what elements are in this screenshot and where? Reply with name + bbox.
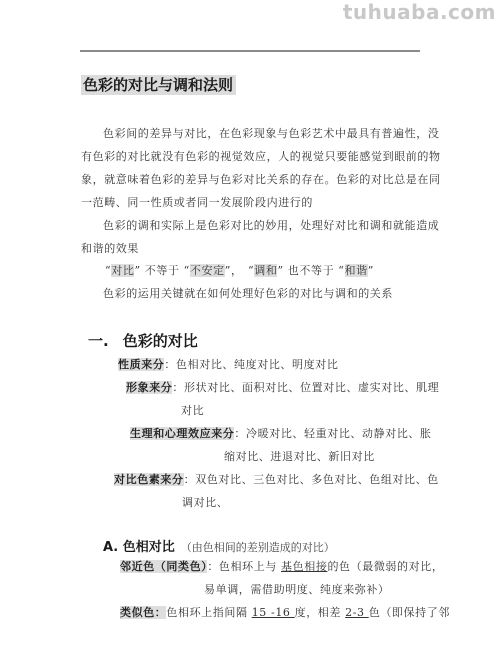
category-label: 对比色素来分	[114, 473, 184, 486]
category-label: 形象来分	[126, 381, 172, 394]
intro-line: 一范畴、同一性质或者同一发展阶段内进行的	[81, 196, 313, 210]
page-title: 色彩的对比与调和法则	[81, 75, 236, 95]
highlight-tiaohe: 调和	[254, 264, 277, 277]
quote-line: “对比” 不等于 “不安定”，	[105, 264, 243, 278]
intro-line: 色彩的运用关键就在如何处理好色彩的对比与调和的关系	[103, 287, 393, 301]
category-item: 形象来分：形状对比、面积对比、位置对比、虚实对比、肌理	[126, 381, 439, 395]
category-label: 性质来分	[118, 358, 164, 371]
intro-line: 象，就意味着色彩的差异与色彩对比关系的存在。色彩的对比总是在同	[81, 173, 441, 187]
quote-line-2: “调和” 也不等于 “和谐”	[248, 264, 374, 278]
category-continuation: 调对比、	[182, 496, 228, 510]
highlight-buanding: 不安定	[190, 264, 225, 277]
header-dot: .	[416, 47, 418, 54]
intro-line: 色彩的调和实际上是色彩对比的妙用，处理好对比和调和就能造成	[103, 219, 439, 233]
section-heading: 一.色彩的对比	[88, 330, 198, 351]
hue-item: 邻近色（同类色）：色相环上与 基色相接的色（最微弱的对比，	[120, 560, 443, 574]
watermark: tuhuaba.com	[343, 0, 496, 24]
category-label: 生理和心理效应来分	[130, 427, 234, 440]
category-continuation: 对比	[181, 404, 204, 418]
hue-label: 类似色：	[120, 606, 166, 619]
category-item: 生理和心理效应来分：冷暖对比、轻重对比、动静对比、胀	[130, 427, 432, 441]
category-continuation: 缩对比、进退对比、新旧对比	[224, 450, 375, 464]
hue-label: 邻近色（同类色）	[120, 560, 207, 573]
category-item: 性质来分：色相对比、纯度对比、明度对比	[118, 358, 338, 372]
highlight-duibi: 对比	[111, 264, 134, 277]
intro-line: 和谐的效果	[81, 242, 139, 256]
hue-item: 类似色：色相环上指间隔 15 -16 度，相差 2-3 色（即保持了邻	[120, 606, 450, 620]
hue-continuation: 易单调，需借助明度、纯度来弥补）	[204, 583, 390, 597]
intro-line: 有色彩的对比就没有色彩的视觉效应，人的视觉只要能感觉到眼前的物	[81, 150, 441, 164]
category-item: 对比色素来分：双色对比、三色对比、多色对比、色组对比、色	[114, 473, 439, 487]
subsection-heading: A. 色相对比（由色相间的差别造成的对比）	[103, 536, 335, 555]
intro-line: 色彩间的差异与对比，在色彩现象与色彩艺术中最具有普遍性，没	[103, 127, 439, 141]
highlight-hexie: 和谐	[345, 264, 368, 277]
header-rule	[80, 50, 420, 52]
